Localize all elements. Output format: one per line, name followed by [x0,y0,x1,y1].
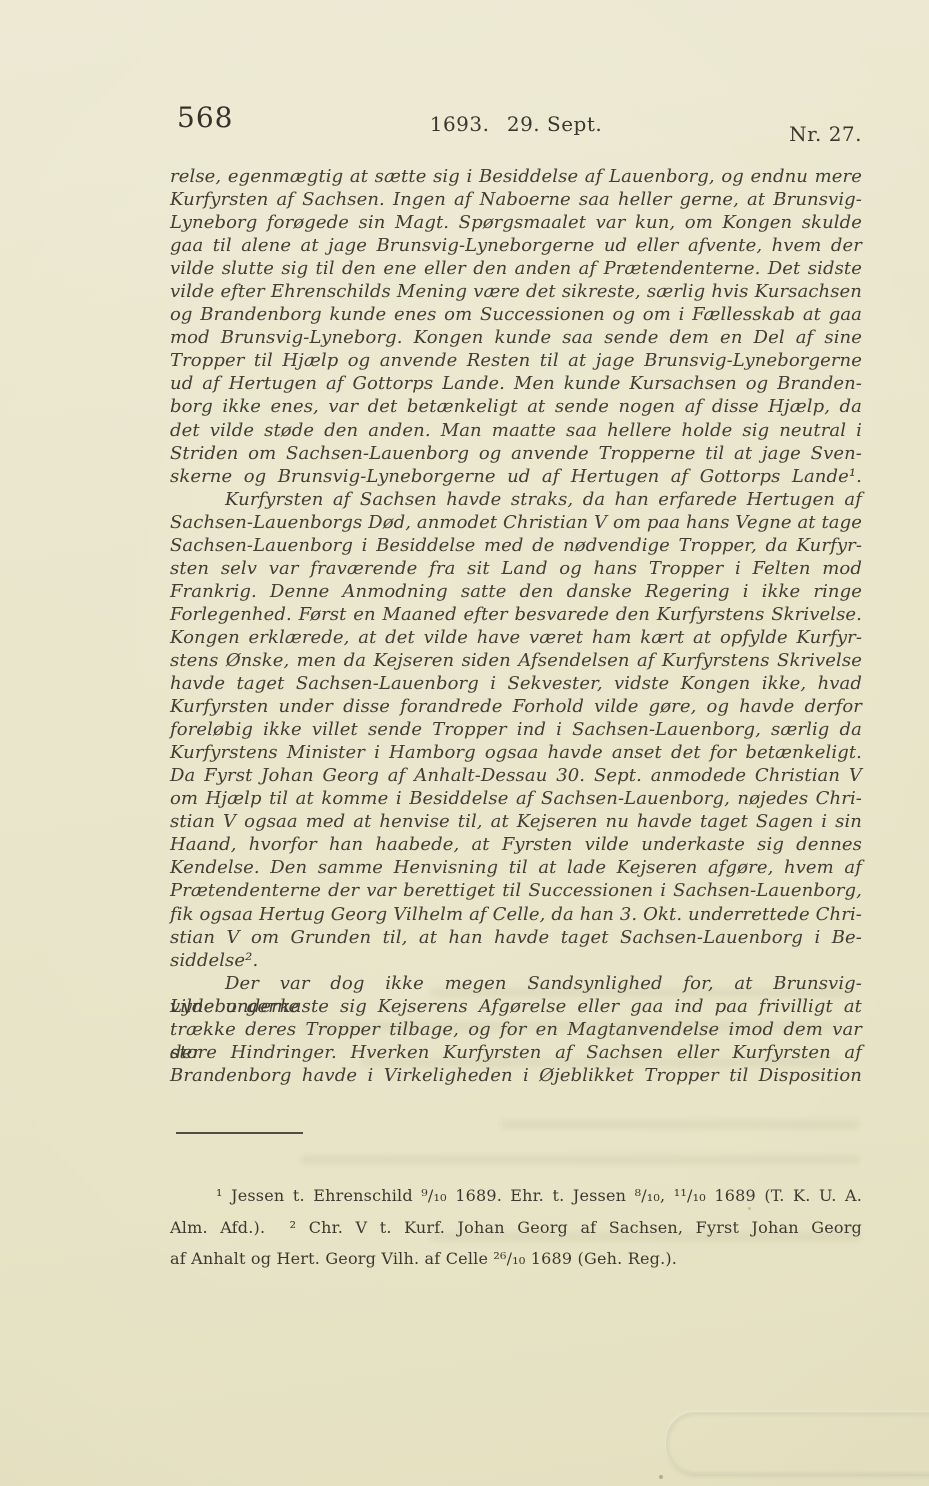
text-line: Frankrig. Denne Anmodning satte den dans… [170,580,862,603]
text-line: sten selv var fraværende fra sit Land og… [170,557,862,580]
header-date: 1693. 29. Sept. [170,112,862,136]
text-line: vilde efter Ehrenschilds Mening være det… [170,280,862,303]
footnote-line: af Anhalt og Hert. Georg Vilh. af Celle … [170,1243,862,1275]
paper-speck [748,1207,751,1210]
text-line: siddelse². [170,949,862,972]
text-line: stens Ønske, men da Kejseren siden Afsen… [170,649,862,672]
text-line: relse, egenmægtig at sætte sig i Besidde… [170,165,862,188]
text-line: Kurfyrsten under disse forandrede Forhol… [170,695,862,718]
text-line: borg ikke enes, var det betænkeligt at s… [170,395,862,418]
text-line: Sachsen-Lauenborg i Besiddelse med de nø… [170,534,862,557]
text-line: Haand, hvorfor han haabede, at Fyrsten v… [170,833,862,856]
text-line: vilde slutte sig til den ene eller den a… [170,257,862,280]
text-line: vilde underkaste sig Kejserens Afgørelse… [170,995,862,1018]
text-line: Da Fyrst Johan Georg af Anhalt-Dessau 30… [170,764,862,787]
paper-speck [659,1475,663,1479]
text-line: Sachsen-Lauenborgs Død, anmodet Christia… [170,511,862,534]
text-line: Brandenborg havde i Virkeligheden i Øjeb… [170,1064,862,1087]
text-line: stian V ogsaa med at henvise til, at Kej… [170,810,862,833]
text-line: om Hjælp til at komme i Besiddelse af Sa… [170,787,862,810]
text-line: Kurfyrsten af Sachsen havde straks, da h… [170,488,862,511]
footnote-line: ¹ Jessen t. Ehrenschild ⁹/₁₀ 1689. Ehr. … [170,1180,862,1212]
text-line: trække deres Tropper tilbage, og for en … [170,1018,862,1041]
text-line: Der var dog ikke megen Sandsynlighed for… [170,972,862,995]
text-line: Tropper til Hjælp og anvende Resten til … [170,349,862,372]
text-line: fik ogsaa Hertug Georg Vilhelm af Celle,… [170,903,862,926]
text-line: gaa til alene at jage Brunsvig-Lyneborge… [170,234,862,257]
footnote-separator [176,1132,303,1134]
text-line: havde taget Sachsen-Lauenborg i Sekveste… [170,672,862,695]
page-showthrough [300,1155,860,1164]
text-line: Kongen erklærede, at det vilde have være… [170,626,862,649]
page-showthrough [500,1120,860,1129]
body-text: relse, egenmægtig at sætte sig i Besidde… [170,165,862,1087]
text-line: store Hindringer. Hverken Kurfyrsten af … [170,1041,862,1064]
text-line: stian V om Grunden til, at han havde tag… [170,926,862,949]
header-entry-number: Nr. 27. [789,122,862,146]
text-line: Kendelse. Den samme Henvisning til at la… [170,856,862,879]
text-line: og Brandenborg kunde enes om Successione… [170,303,862,326]
text-line: Striden om Sachsen-Lauenborg og anvende … [170,442,862,465]
text-line: Kurfyrsten af Sachsen. Ingen af Naboerne… [170,188,862,211]
footnote-line: Alm. Afd.). ² Chr. V t. Kurf. Johan Geor… [170,1212,862,1244]
text-line: Forlegenhed. Først en Maaned efter besva… [170,603,862,626]
text-line: mod Brunsvig-Lyneborg. Kongen kunde saa … [170,326,862,349]
book-page: 568 1693. 29. Sept. Nr. 27. relse, egenm… [0,0,929,1486]
text-line: skerne og Brunsvig-Lyneborgerne ud af He… [170,465,862,488]
text-line: foreløbig ikke villet sende Tropper ind … [170,718,862,741]
embossed-rectangle [666,1412,929,1474]
text-line: Lyneborg forøgede sin Magt. Spørgsmaalet… [170,211,862,234]
text-line: Kurfyrstens Minister i Hamborg ogsaa hav… [170,741,862,764]
text-line: det vilde støde den anden. Man maatte sa… [170,419,862,442]
text-line: ud af Hertugen af Gottorps Lande. Men ku… [170,372,862,395]
footnotes: ¹ Jessen t. Ehrenschild ⁹/₁₀ 1689. Ehr. … [170,1180,862,1275]
text-line: Prætendenterne der var berettiget til Su… [170,879,862,902]
